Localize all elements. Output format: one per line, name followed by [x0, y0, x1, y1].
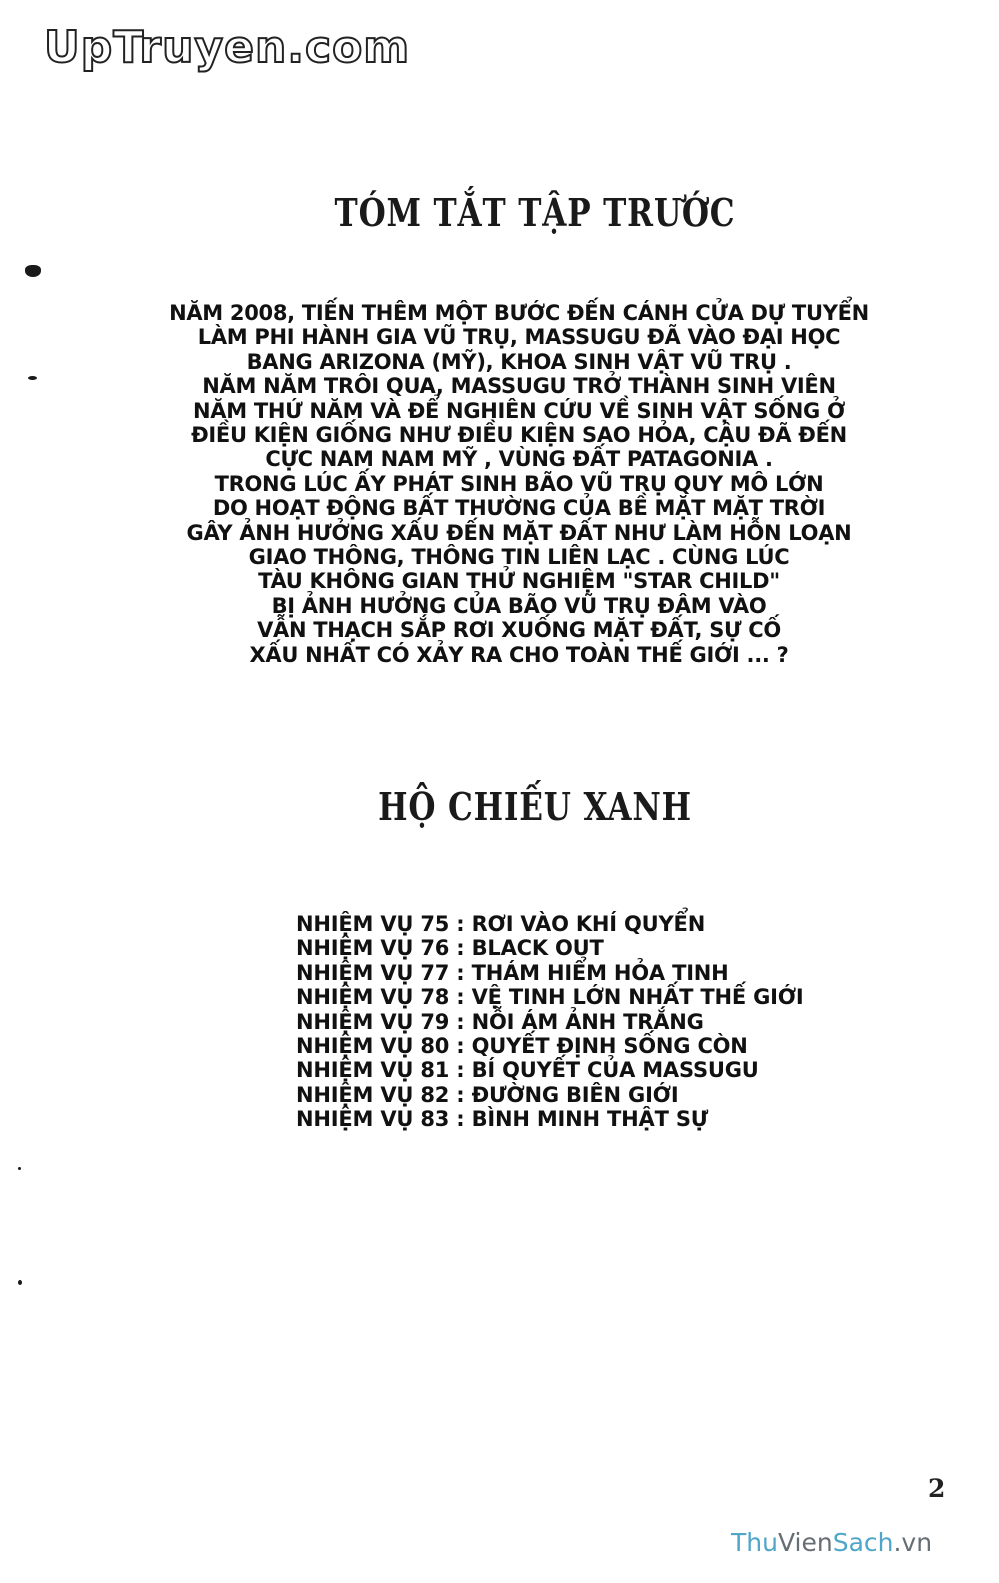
mission-item: NHIỆM VỤ 77 : THÁM HIỂM HỎA TINH	[296, 961, 804, 985]
summary-line: VẪN THẠCH SẮP RƠI XUỐNG MẶT ĐẤT, SỰ CỐ	[140, 618, 898, 642]
watermark-part: .vn	[893, 1528, 932, 1557]
summary-line: NĂM 2008, TIẾN THÊM MỘT BƯỚC ĐẾN CÁNH CỬ…	[140, 301, 898, 325]
summary-line: BỊ ẢNH HƯỞNG CỦA BÃO VŨ TRỤ ĐÂM VÀO	[140, 594, 898, 618]
summary-line: NĂM THỨ NĂM VÀ ĐỂ NGHIÊN CỨU VỀ SINH VẬT…	[140, 399, 898, 423]
summary-line: ĐIỀU KIỆN GIỐNG NHƯ ĐIỀU KIỆN SAO HỎA, C…	[140, 423, 898, 447]
summary-line: GIAO THÔNG, THÔNG TIN LIÊN LẠC . CÙNG LÚ…	[140, 545, 898, 569]
mission-item: NHIỆM VỤ 75 : RƠI VÀO KHÍ QUYỂN	[296, 912, 804, 936]
mission-item: NHIỆM VỤ 79 : NỖI ÁM ẢNH TRẮNG	[296, 1010, 804, 1034]
mission-item: NHIỆM VỤ 81 : BÍ QUYẾT CỦA MASSUGU	[296, 1058, 804, 1082]
mission-item: NHIỆM VỤ 76 : BLACK OUT	[296, 936, 804, 960]
scan-speck-decoration	[18, 1280, 22, 1285]
summary-line: XẤU NHẤT CÓ XẢY RA CHO TOÀN THẾ GIỚI ...…	[140, 643, 898, 667]
scan-speck-decoration	[25, 265, 41, 277]
watermark-part: Vien	[778, 1528, 833, 1557]
scan-speck-decoration	[28, 376, 37, 380]
mission-item: NHIỆM VỤ 80 : QUYẾT ĐỊNH SỐNG CÒN	[296, 1034, 804, 1058]
watermark-part: Thu	[731, 1528, 778, 1557]
summary-line: DO HOẠT ĐỘNG BẤT THƯỜNG CỦA BỀ MẶT MẶT T…	[140, 496, 898, 520]
summary-line: TÀU KHÔNG GIAN THỬ NGHIỆM "STAR CHILD"	[140, 569, 898, 593]
watermark: ThuVienSach.vn	[731, 1530, 932, 1555]
mission-item: NHIỆM VỤ 83 : BÌNH MINH THẬT SỰ	[296, 1107, 804, 1131]
mission-list: NHIỆM VỤ 75 : RƠI VÀO KHÍ QUYỂN NHIỆM VỤ…	[296, 912, 804, 1132]
summary-line: TRONG LÚC ẤY PHÁT SINH BÃO VŨ TRỤ QUY MÔ…	[140, 472, 898, 496]
summary-line: CỰC NAM NAM MỸ , VÙNG ĐẤT PATAGONIA .	[140, 447, 898, 471]
scan-speck-decoration	[18, 1167, 21, 1170]
watermark-part: Sach	[833, 1528, 894, 1557]
series-title: HỘ CHIẾU XANH	[96, 784, 973, 829]
site-logo: UpTruyen.com	[44, 26, 410, 70]
page-number: 2	[928, 1474, 945, 1503]
summary-line: BANG ARIZONA (MỸ), KHOA SINH VẬT VŨ TRỤ …	[140, 350, 898, 374]
summary-body: NĂM 2008, TIẾN THÊM MỘT BƯỚC ĐẾN CÁNH CỬ…	[140, 301, 898, 667]
mission-item: NHIỆM VỤ 82 : ĐƯỜNG BIÊN GIỚI	[296, 1083, 804, 1107]
summary-line: GÂY ẢNH HƯỞNG XẤU ĐẾN MẶT ĐẤT NHƯ LÀM HỖ…	[140, 521, 898, 545]
summary-title: TÓM TẮT TẬP TRƯỚC	[96, 190, 973, 235]
summary-line: LÀM PHI HÀNH GIA VŨ TRỤ, MASSUGU ĐÃ VÀO …	[140, 325, 898, 349]
mission-item: NHIỆM VỤ 78 : VỆ TINH LỚN NHẤT THẾ GIỚI	[296, 985, 804, 1009]
summary-line: NĂM NĂM TRÔI QUA, MASSUGU TRỞ THÀNH SINH…	[140, 374, 898, 398]
